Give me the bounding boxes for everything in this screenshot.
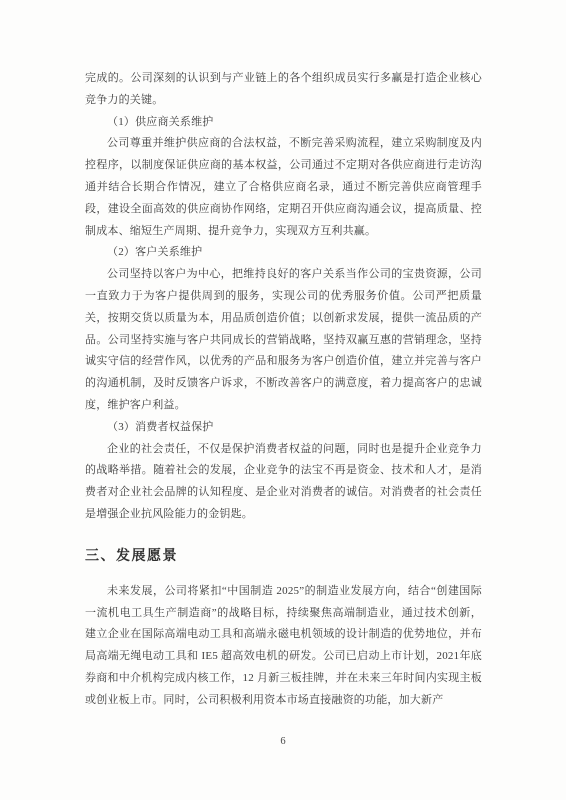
section-heading-development-vision: 三、发展愿景 [85, 546, 482, 568]
page-number: 6 [0, 736, 566, 747]
subheading-customer-relations: （2）客户关系维护 [85, 242, 482, 264]
document-page: 完成的。公司深刻的认识到与产业链上的各个组织成员实行多赢是打造企业核心竞争力的关… [0, 0, 566, 800]
paragraph-supplier-relations: 公司尊重并维护供应商的合法权益，不断完善采购流程，建立采购制度及内控程序，以制度… [85, 133, 482, 242]
document-content: 完成的。公司深刻的认识到与产业链上的各个组织成员实行多赢是打造企业核心竞争力的关… [85, 68, 482, 712]
subheading-consumer-rights: （3）消费者权益保护 [85, 417, 482, 439]
paragraph-development-vision: 未来发展，公司将紧扣“中国制造 2025”的制造业发展方向，结合“创建国际一流机… [85, 581, 482, 712]
paragraph-consumer-rights: 企业的社会责任，不仅是保护消费者权益的问题，同时也是提升企业竞争力的战略举措。随… [85, 439, 482, 526]
paragraph-customer-relations: 公司坚持以客户为中心，把维持良好的客户关系当作公司的宝贵资源，公司一直致力于为客… [85, 264, 482, 417]
subheading-supplier-relations: （1）供应商关系维护 [85, 112, 482, 134]
paragraph-continuation: 完成的。公司深刻的认识到与产业链上的各个组织成员实行多赢是打造企业核心竞争力的关… [85, 68, 482, 112]
